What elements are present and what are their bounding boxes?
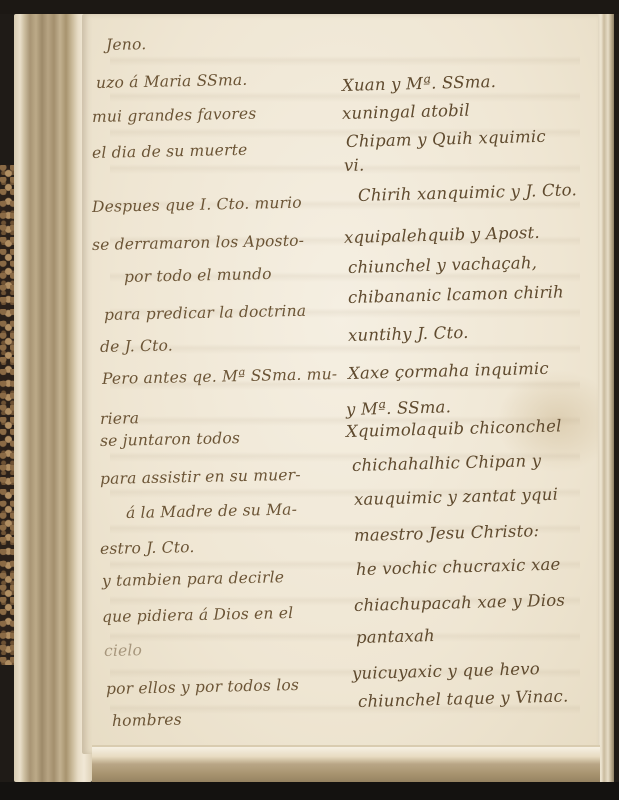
- spanish-line: hombres: [112, 711, 182, 730]
- spanish-line: por todo el mundo: [124, 265, 272, 286]
- page-stack-edges: [14, 14, 92, 782]
- kiche-line: y Mª. SSma.: [346, 397, 452, 419]
- page-edge-right: [596, 14, 614, 782]
- kiche-line: vi.: [344, 155, 365, 175]
- kiche-line: Xuan y Mª. SSma.: [342, 72, 497, 95]
- spanish-line: Jeno.: [106, 35, 147, 54]
- spanish-line: estro J. Cto.: [100, 538, 195, 558]
- spanish-line: cielo: [104, 641, 142, 660]
- book-cover-bottom: [0, 782, 619, 800]
- spanish-line: se juntaron todos: [100, 429, 240, 450]
- spanish-line: de J. Cto.: [100, 336, 173, 356]
- kiche-line: pantaxah: [356, 626, 435, 647]
- spanish-line: uzo á Maria SSma.: [96, 71, 248, 92]
- folio-bottom-edge: [92, 745, 600, 785]
- spanish-line: el dia de su muerte: [92, 141, 248, 162]
- kiche-line: xuntihy J. Cto.: [348, 323, 469, 345]
- spanish-line: riera: [100, 409, 140, 428]
- book-cover-top: [0, 0, 619, 14]
- spanish-line: y tambien para decirle: [102, 568, 285, 590]
- spanish-line: mui grandes favores: [92, 105, 257, 126]
- spanish-line: á la Madre de su Ma-: [126, 500, 297, 522]
- kiche-line: xuningal atobil: [342, 101, 470, 123]
